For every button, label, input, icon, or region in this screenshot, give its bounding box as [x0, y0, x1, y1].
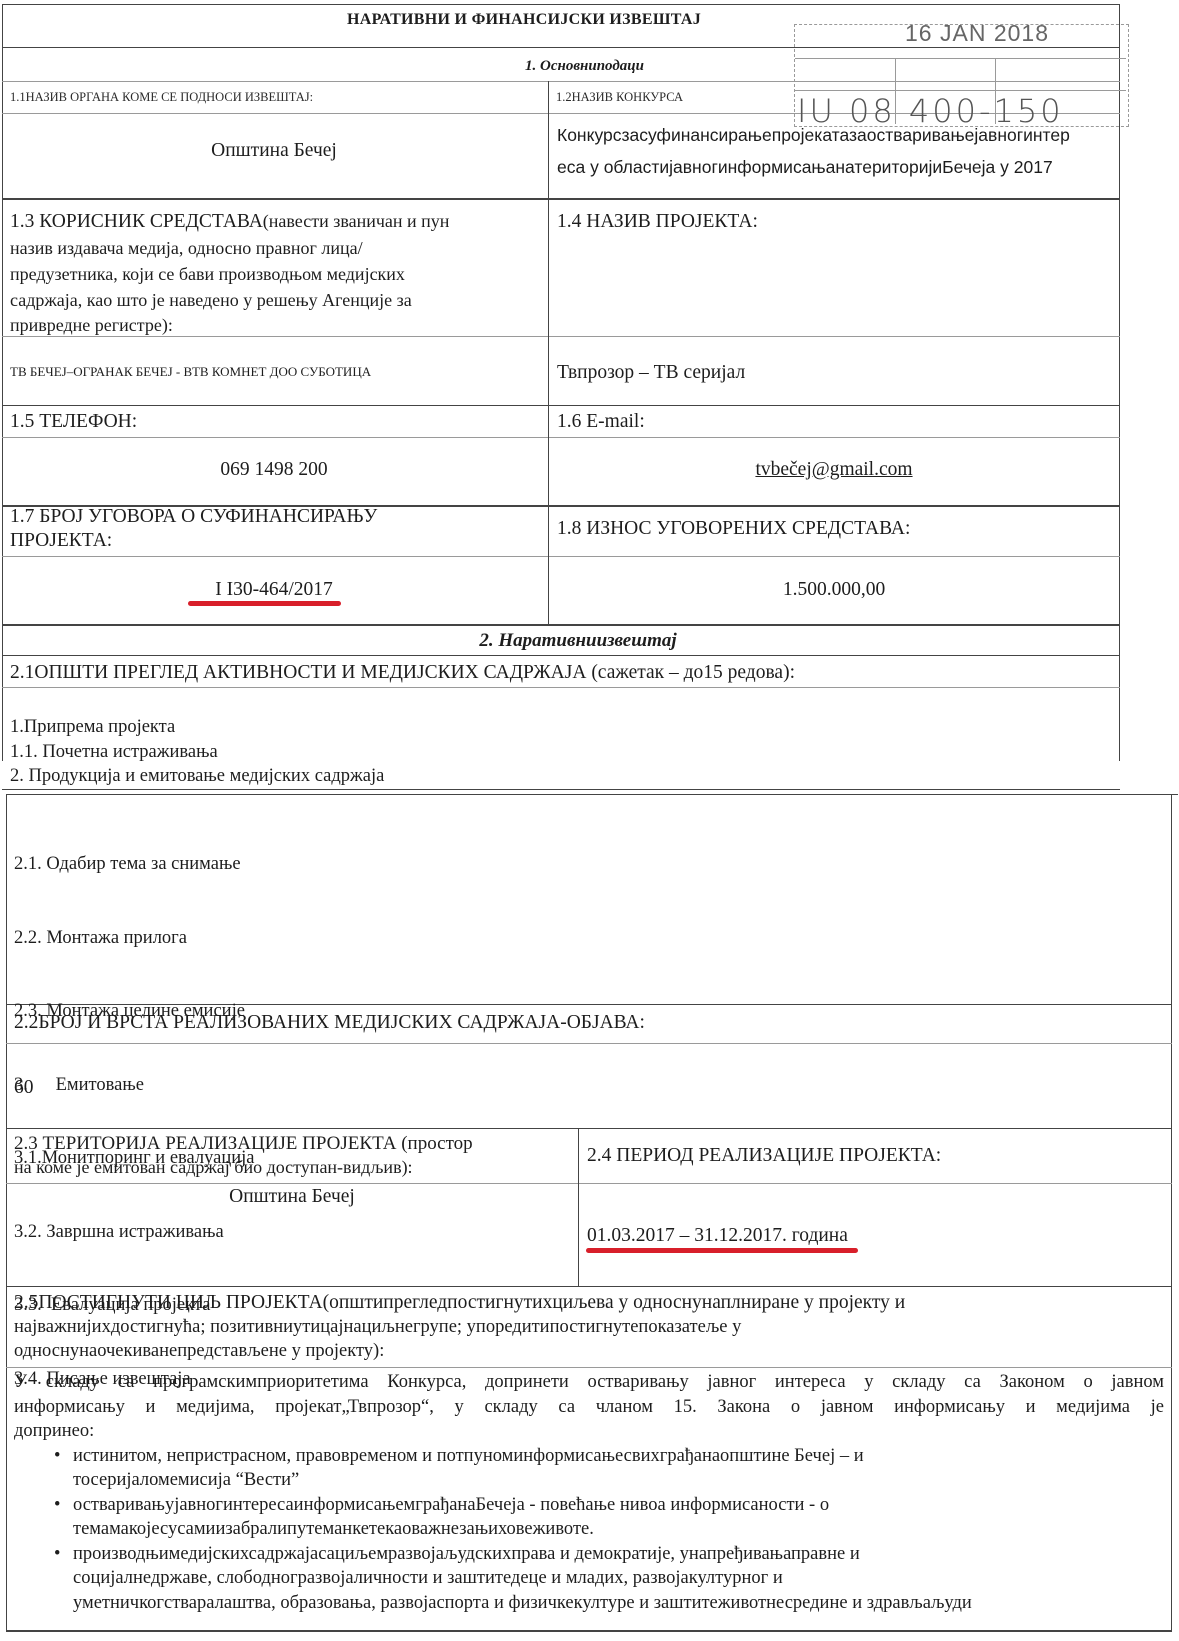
- field-1-7-label-line2: ПРОЈЕКТА:: [10, 530, 112, 552]
- frame-left-2: [6, 794, 7, 1631]
- intro-line: допринео:: [14, 1419, 1164, 1444]
- field-1-6-label: 1.6 E-mail:: [557, 411, 645, 433]
- field-2-5-label-line2: најважнијихдостигнућа; позитивниутицајна…: [14, 1317, 741, 1338]
- achievement-item: истинитом, непристрасном, правовременом …: [14, 1444, 1164, 1493]
- field-1-2-label: 1.2НАЗИВ КОНКУРСА: [556, 90, 683, 105]
- activity-item: 2.2. Монтажа прилога: [14, 926, 255, 951]
- field-1-4-value: Твпрозор – ТВ серијал: [557, 362, 745, 384]
- frame-top-2: [6, 794, 1178, 795]
- frame-top: [2, 4, 1120, 5]
- rule: [2, 437, 1120, 438]
- field-1-8-label: 1.8 ИЗНОС УГОВОРЕНИХ СРЕДСТАВА:: [557, 518, 910, 540]
- achievement-line: уметничкогстваралаштва, образовања, разв…: [73, 1591, 1164, 1616]
- field-1-2-value-line1: Конкурсзасуфинансирањепројекатазаоствари…: [557, 125, 1070, 146]
- rule: [2, 198, 1120, 200]
- field-1-3-label-line1: 1.3 КОРИСНИК СРЕДСТАВА(навести званичан …: [10, 211, 449, 233]
- field-1-3-label-note: (навести званичан и пун: [263, 211, 450, 231]
- frame-bottom-2: [6, 1630, 1172, 1632]
- red-highlight-underline: [586, 1248, 858, 1253]
- field-1-3-label-line5: привредне регистре):: [10, 315, 173, 336]
- field-2-5-body: У складу са програмскимприоритетима Конк…: [14, 1370, 1164, 1615]
- activity-item: 1.Припрема пројекта: [10, 715, 384, 740]
- frame-right-2: [1171, 794, 1172, 1631]
- field-1-7-label-line1: 1.7 БРОЈ УГОВОРА О СУФИНАНСИРАЊУ: [10, 506, 377, 528]
- achievement-item: производњимедијскихсадржајасациљемразвој…: [14, 1542, 1164, 1616]
- field-2-1-label: 2.1ОПШТИ ПРЕГЛЕД АКТИВНОСТИ И МЕДИЈСКИХ …: [10, 662, 795, 684]
- field-1-8-value: 1.500.000,00: [549, 579, 1119, 601]
- field-1-3-label-line2: назив издавача медија, односно правног л…: [10, 238, 363, 259]
- field-1-1-label: 1.1НАЗИВ ОРГАНА КОМЕ СЕ ПОДНОСИ ИЗВЕШТАЈ…: [10, 90, 313, 105]
- stamp-date: 16 JAN 2018: [905, 20, 1049, 47]
- column-divider: [548, 81, 549, 625]
- achievement-line: тосеријаломемисија “Вести”: [73, 1468, 1164, 1493]
- document-title: НАРАТИВНИ И ФИНАНСИЈСКИ ИЗВЕШТАЈ: [347, 11, 701, 29]
- field-1-3-label-title: 1.3 КОРИСНИК СРЕДСТАВА: [10, 211, 263, 232]
- field-2-5-label-line1: 2.5ПОСТИГНУТИ ЦИЉ ПРОЈЕКТА(општипрегледп…: [14, 1292, 905, 1314]
- intro-line: У складу са програмскимприоритетима Конк…: [14, 1370, 1164, 1395]
- field-1-7-value: I I30-464/2017: [0, 579, 548, 601]
- field-1-1-value: Општина Бечеј: [0, 140, 548, 162]
- field-2-4-label: 2.4 ПЕРИОД РЕАЛИЗАЦИЈЕ ПРОЈЕКТА:: [587, 1145, 941, 1167]
- field-1-5-label: 1.5 ТЕЛЕФОН:: [10, 411, 137, 433]
- stamp-rule: [795, 90, 1126, 91]
- activity-item: 1.1. Почетна истраживања: [10, 740, 384, 765]
- achievement-line: остваривањујавногинтересаинформисањемгра…: [73, 1493, 1164, 1518]
- field-1-3-label-line4: садржаја, као што је наведено у решењу А…: [10, 290, 412, 311]
- rule: [2, 789, 1120, 790]
- column-divider-2: [578, 1128, 579, 1287]
- achievement-line: темамакојесусамиизабралипутеманкетекаова…: [73, 1517, 1164, 1542]
- field-1-3-value: ТВ БЕЧЕЈ–ОГРАНАК БЕЧЕЈ - ВТВ КОМНЕТ ДОО …: [10, 364, 371, 380]
- field-2-3-label-line2: на коме је емитован садржај био доступан…: [14, 1157, 413, 1178]
- field-2-4-value: 01.03.2017 – 31.12.2017. година: [587, 1225, 848, 1247]
- field-2-5-label-line3: односнунаочекиванепредстављене у пројект…: [14, 1341, 384, 1362]
- section-1-heading: 1. Основниподаци: [525, 58, 644, 75]
- intro-line: информисању и медијима, пројекат„Твпрозо…: [14, 1395, 1164, 1420]
- field-1-3-label-line3: предузетника, који се бави производњом м…: [10, 264, 405, 285]
- activity-item: 2.1. Одабир тема за снимање: [14, 852, 255, 877]
- field-2-2-label: 2.2БРОЈ И ВРСТА РЕАЛИЗОВАНИХ МЕДИЈСКИХ С…: [14, 1012, 645, 1034]
- red-highlight-underline: [188, 601, 341, 606]
- rule: [2, 624, 1120, 626]
- field-2-3-value: Општина Бечеј: [6, 1186, 578, 1208]
- achievements-list: истинитом, непристрасном, правовременом …: [14, 1444, 1164, 1616]
- rule: [2, 687, 1120, 688]
- achievement-line: социјалнедржаве, слободногразвојаличност…: [73, 1566, 1164, 1591]
- achievement-line: истинитом, непристрасном, правовременом …: [73, 1444, 1164, 1469]
- activity-item: 2. Продукција и емитовање медијских садр…: [10, 764, 384, 789]
- achievement-item: остваривањујавногинтересаинформисањемгра…: [14, 1493, 1164, 1542]
- field-1-5-value: 069 1498 200: [0, 459, 548, 481]
- field-2-5-label-line1-text: 2.5ПОСТИГНУТИ ЦИЉ ПРОЈЕКТА(општипрегледп…: [14, 1292, 905, 1313]
- stamp-rule: [795, 58, 1126, 59]
- activity-item: 3.2. Завршна истраживања: [14, 1220, 255, 1245]
- field-1-4-label: 1.4 НАЗИВ ПРОЈЕКТА:: [557, 211, 758, 233]
- achievement-line: производњимедијскихсадржајасациљемразвој…: [73, 1542, 1164, 1567]
- rule: [2, 405, 1120, 406]
- rule: [2, 336, 1120, 337]
- section-2-heading: 2. Наративниизвештај: [0, 630, 1120, 652]
- rule: [2, 655, 1120, 656]
- activity-list-part1: 1.Припрема пројекта 1.1. Почетна истражи…: [10, 715, 384, 789]
- activity-item: 3. Емитовање: [14, 1073, 255, 1098]
- field-2-3-label-line1: 2.3 ТЕРИТОРИЈА РЕАЛИЗАЦИЈЕ ПРОЈЕКТА (про…: [14, 1133, 473, 1155]
- field-2-2-value: 60: [14, 1077, 34, 1099]
- field-1-6-email-link[interactable]: tvbečej@gmail.com: [549, 459, 1119, 481]
- field-1-2-value-line2: еса у областијавногинформисањанатеритори…: [557, 157, 1053, 178]
- rule: [2, 556, 1120, 557]
